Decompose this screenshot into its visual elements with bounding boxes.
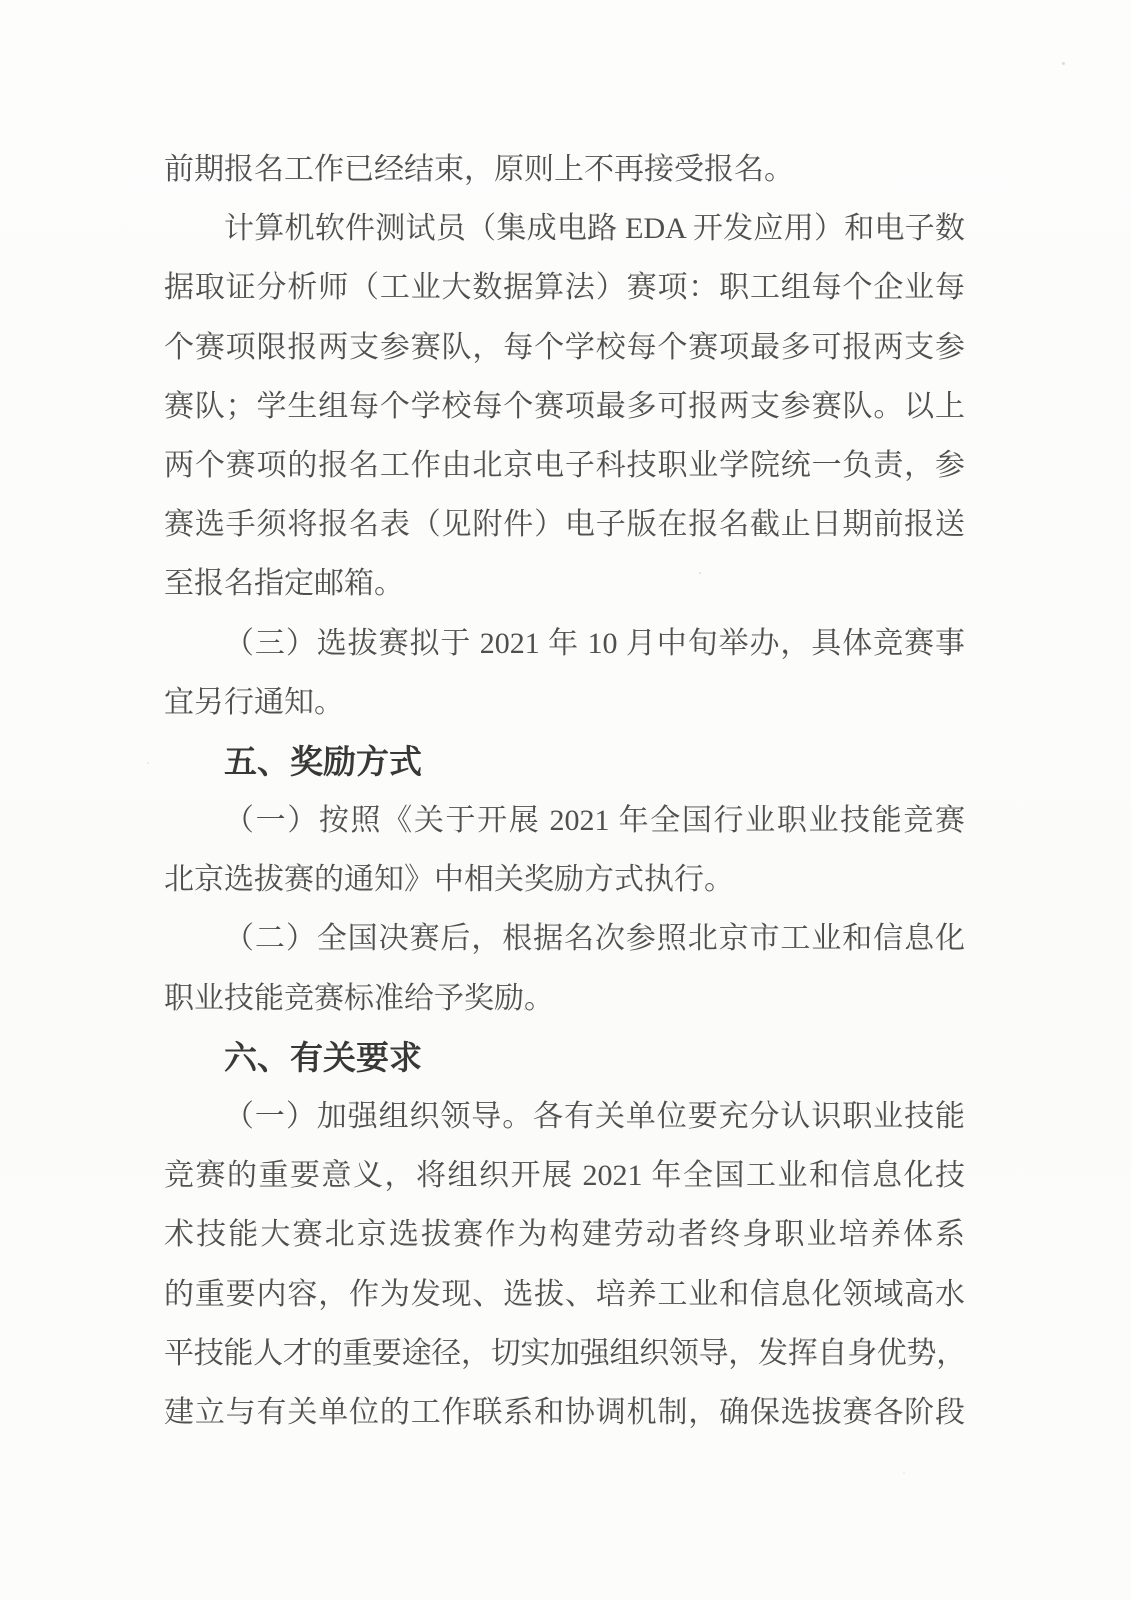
text-line: 竞赛的重要意义，将组织开展 2021 年全国工业和信息化技 — [164, 1146, 965, 1205]
text-line: 赛队；学生组每个学校每个赛项最多可报两支参赛队。以上 — [164, 377, 965, 436]
document-page: 前期报名工作已经结束，原则上不再接受报名。计算机软件测试员（集成电路 EDA 开… — [0, 0, 1131, 1600]
text-line: （一）加强组织领导。各有关单位要充分认识职业技能 — [164, 1087, 965, 1146]
text-line: 职业技能竞赛标准给予奖励。 — [164, 969, 965, 1028]
scan-speck — [524, 1008, 526, 1010]
text-line: 的重要内容，作为发现、选拔、培养工业和信息化领域高水 — [164, 1265, 965, 1324]
section-heading: 六、有关要求 — [164, 1028, 965, 1087]
text-line: 计算机软件测试员（集成电路 EDA 开发应用）和电子数 — [164, 199, 965, 258]
text-line: （三）选拔赛拟于 2021 年 10 月中旬举办，具体竞赛事 — [164, 614, 965, 673]
scan-speck — [147, 762, 149, 764]
scan-speck — [903, 1472, 905, 1474]
section-heading: 五、奖励方式 — [164, 732, 965, 791]
scan-speck — [699, 572, 701, 574]
text-line: （一）按照《关于开展 2021 年全国行业职业技能竞赛 — [164, 791, 965, 850]
text-line: 个赛项限报两支参赛队，每个学校每个赛项最多可报两支参 — [164, 318, 965, 377]
scan-speck — [1062, 62, 1065, 65]
text-line: 据取证分析师（工业大数据算法）赛项：职工组每个企业每 — [164, 258, 965, 317]
text-line: 宜另行通知。 — [164, 673, 965, 732]
document-text-block: 前期报名工作已经结束，原则上不再接受报名。计算机软件测试员（集成电路 EDA 开… — [164, 140, 965, 1442]
text-line: （二）全国决赛后，根据名次参照北京市工业和信息化 — [164, 909, 965, 968]
text-line: 平技能人才的重要途径，切实加强组织领导，发挥自身优势， — [164, 1324, 965, 1383]
text-line: 赛选手须将报名表（见附件）电子版在报名截止日期前报送 — [164, 495, 965, 554]
text-line: 术技能大赛北京选拔赛作为构建劳动者终身职业培养体系 — [164, 1205, 965, 1264]
text-line: 至报名指定邮箱。 — [164, 554, 965, 613]
text-line: 建立与有关单位的工作联系和协调机制，确保选拔赛各阶段 — [164, 1383, 965, 1442]
text-line: 两个赛项的报名工作由北京电子科技职业学院统一负责，参 — [164, 436, 965, 495]
text-line: 前期报名工作已经结束，原则上不再接受报名。 — [164, 140, 965, 199]
text-line: 北京选拔赛的通知》中相关奖励方式执行。 — [164, 850, 965, 909]
